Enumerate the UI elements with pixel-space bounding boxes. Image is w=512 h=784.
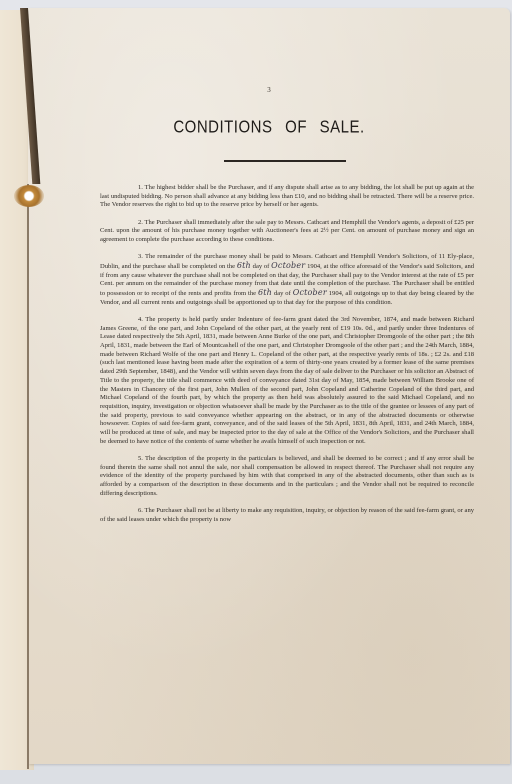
clause-number: 3. — [138, 253, 143, 260]
clause-6: 6. The Purchaser shall not be at liberty… — [100, 507, 474, 524]
document-title: CONDITIONS OF SALE. — [28, 118, 510, 138]
clause-text: The property is held partly under Indent… — [100, 316, 474, 445]
clause-text: day of — [274, 290, 291, 297]
handwritten-possession-day: 6th — [258, 288, 272, 297]
clause-3: 3. The remainder of the purchase money s… — [100, 253, 474, 307]
clause-2: 2. The Purchaser shall immediately after… — [100, 219, 474, 245]
document-body: 1. The highest bidder shall be the Purch… — [100, 184, 474, 533]
clause-1: 1. The highest bidder shall be the Purch… — [100, 184, 474, 210]
document-page: 3 CONDITIONS OF SALE. 1. The highest bid… — [28, 8, 510, 764]
clause-number: 5. — [138, 455, 143, 462]
clause-5: 5. The description of the property in th… — [100, 455, 474, 499]
title-underline-rule — [224, 160, 346, 162]
clause-4: 4. The property is held partly under Ind… — [100, 316, 474, 447]
clause-text: The highest bidder shall be the Purchase… — [100, 184, 474, 208]
clause-number: 4. — [138, 316, 143, 323]
clause-number: 1. — [138, 184, 143, 191]
clause-number: 2. — [138, 219, 143, 226]
handwritten-completion-month: October — [271, 261, 305, 270]
clause-text: The description of the property in the p… — [100, 455, 474, 497]
page-fold-line — [27, 184, 29, 769]
clause-text: The Purchaser shall not be at liberty to… — [100, 507, 474, 523]
handwritten-possession-month: October — [293, 288, 327, 297]
clause-number: 6. — [138, 507, 143, 514]
photo-scene: 3 CONDITIONS OF SALE. 1. The highest bid… — [0, 0, 512, 784]
clause-text: day of — [253, 263, 270, 270]
rust-staple-hole-icon — [14, 185, 44, 207]
handwritten-completion-day: 6th — [237, 261, 251, 270]
clause-text: The Purchaser shall immediately after th… — [100, 219, 474, 243]
page-number: 3 — [28, 86, 510, 94]
